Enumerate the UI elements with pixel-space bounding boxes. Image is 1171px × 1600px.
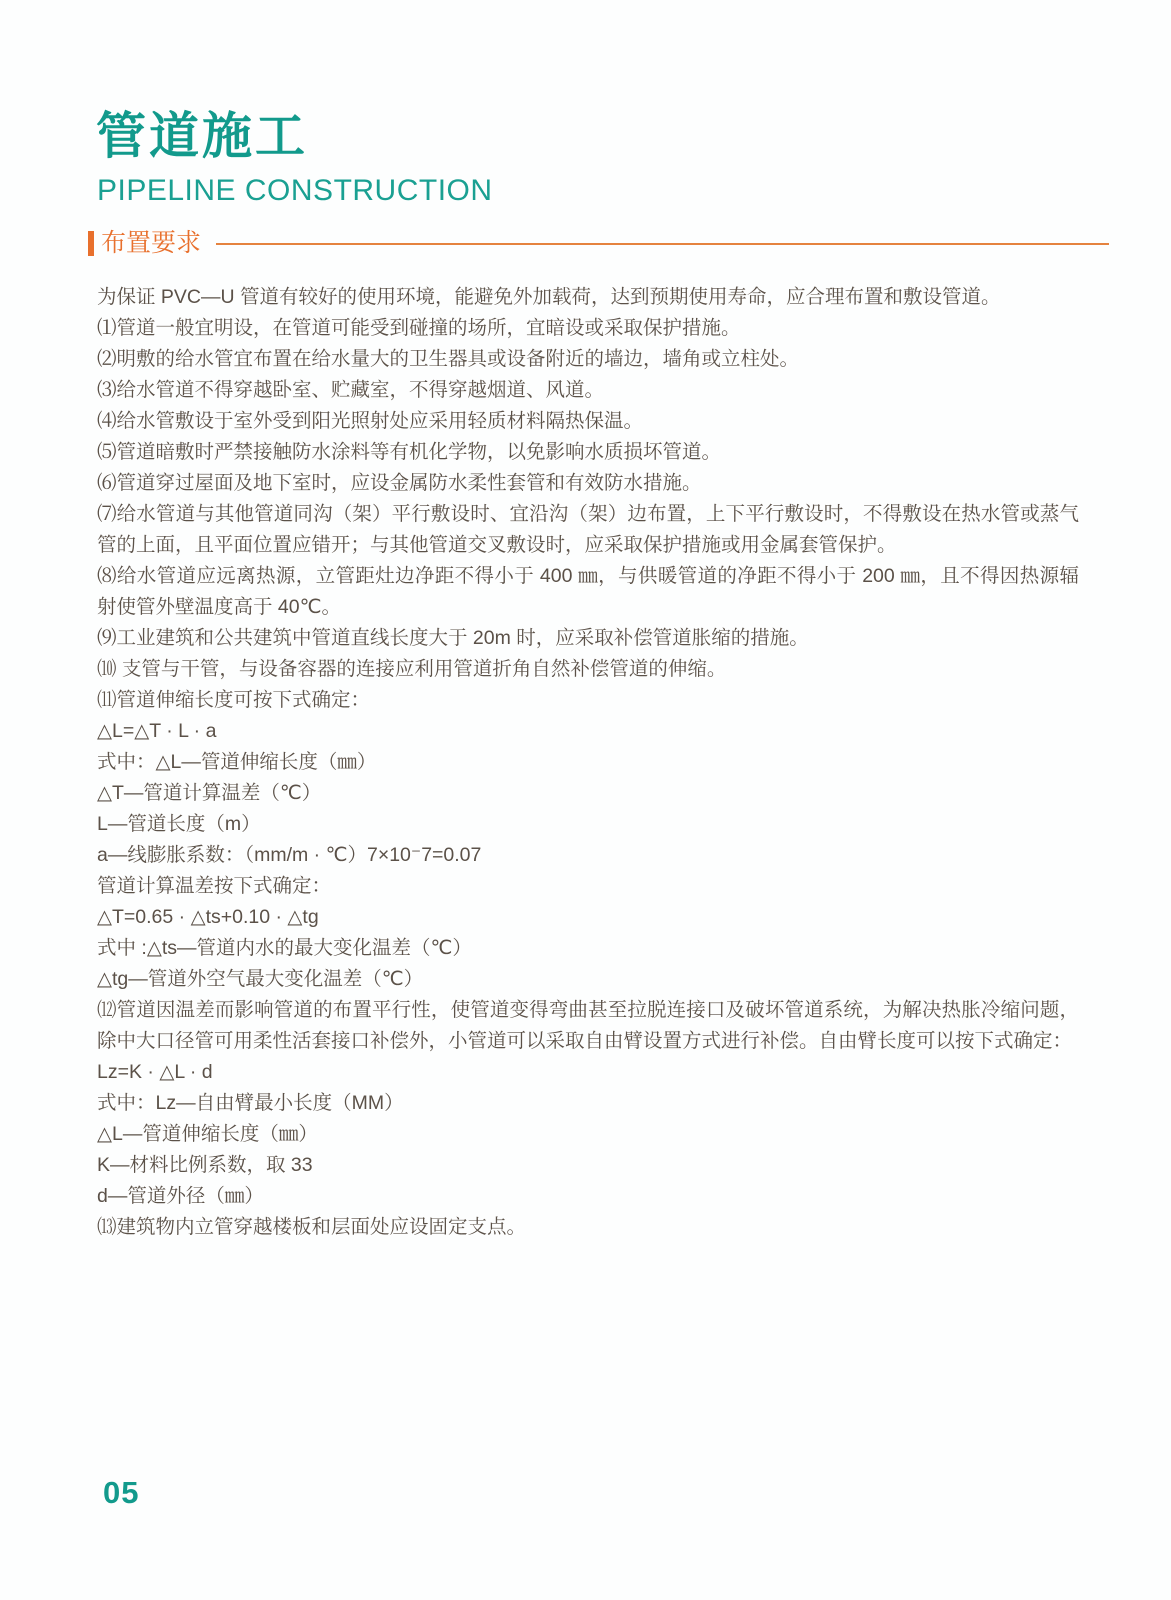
body-paragraph: d—管道外径（㎜） <box>97 1181 1079 1212</box>
body-paragraph: a—线膨胀系数：（mm/m · ℃）7×10⁻7=0.07 <box>97 840 1079 871</box>
body-paragraph: Lz=K · △L · d <box>97 1057 1079 1088</box>
document-page: 管道施工 PIPELINE CONSTRUCTION 布置要求 为保证 PVC—… <box>0 0 1171 1600</box>
page-title: 管道施工 <box>96 106 308 166</box>
body-paragraph: △tg—管道外空气最大变化温差（℃） <box>97 964 1079 995</box>
page-number: 05 <box>103 1475 139 1511</box>
body-paragraph: △T=0.65 · △ts+0.10 · △tg <box>97 902 1079 933</box>
body-paragraph: 式中：△L—管道伸缩长度（㎜） <box>97 747 1079 778</box>
body-paragraph: △L=△T · L · a <box>97 716 1079 747</box>
body-paragraph: ⑵明敷的给水管宜布置在给水量大的卫生器具或设备附近的墙边，墙角或立柱处。 <box>97 344 1079 375</box>
body-paragraph: ⑹管道穿过屋面及地下室时，应设金属防水柔性套管和有效防水措施。 <box>97 468 1079 499</box>
body-text: 为保证 PVC—U 管道有较好的使用环境，能避免外加载荷，达到预期使用寿命，应合… <box>97 282 1079 1243</box>
section-heading-bar-icon <box>88 231 94 256</box>
body-paragraph: ⑿管道因温差而影响管道的布置平行性，使管道变得弯曲甚至拉脱连接口及破坏管道系统，… <box>97 995 1079 1057</box>
section-heading-rule <box>216 243 1109 245</box>
body-paragraph: △T—管道计算温差（℃） <box>97 778 1079 809</box>
body-paragraph: 式中：Lz—自由臂最小长度（MM） <box>97 1088 1079 1119</box>
body-paragraph: 为保证 PVC—U 管道有较好的使用环境，能避免外加载荷，达到预期使用寿命，应合… <box>97 282 1079 313</box>
body-paragraph: △L—管道伸缩长度（㎜） <box>97 1119 1079 1150</box>
body-paragraph: 式中 :△ts—管道内水的最大变化温差（℃） <box>97 933 1079 964</box>
body-paragraph: K—材料比例系数，取 33 <box>97 1150 1079 1181</box>
body-paragraph: ⑽ 支管与干管，与设备容器的连接应利用管道折角自然补偿管道的伸缩。 <box>97 654 1079 685</box>
body-paragraph: ⒀建筑物内立管穿越楼板和层面处应设固定支点。 <box>97 1212 1079 1243</box>
body-paragraph: ⑶给水管道不得穿越卧室、贮藏室，不得穿越烟道、风道。 <box>97 375 1079 406</box>
section-heading-label: 布置要求 <box>101 231 201 256</box>
body-paragraph: ⑼工业建筑和公共建筑中管道直线长度大于 20m 时，应采取补偿管道胀缩的措施。 <box>97 623 1079 654</box>
body-paragraph: ⑾管道伸缩长度可按下式确定： <box>97 685 1079 716</box>
body-paragraph: ⑷给水管敷设于室外受到阳光照射处应采用轻质材料隔热保温。 <box>97 406 1079 437</box>
body-paragraph: 管道计算温差按下式确定： <box>97 871 1079 902</box>
body-paragraph: ⑺给水管道与其他管道同沟（架）平行敷设时、宜沿沟（架）边布置，上下平行敷设时，不… <box>97 499 1079 561</box>
body-paragraph: ⑸管道暗敷时严禁接触防水涂料等有机化学物，以免影响水质损坏管道。 <box>97 437 1079 468</box>
page-subtitle: PIPELINE CONSTRUCTION <box>97 174 493 207</box>
body-paragraph: L—管道长度（m） <box>97 809 1079 840</box>
body-paragraph: ⑴管道一般宜明设，在管道可能受到碰撞的场所，宜暗设或采取保护措施。 <box>97 313 1079 344</box>
section-heading: 布置要求 <box>88 231 1109 256</box>
body-paragraph: ⑻给水管道应远离热源，立管距灶边净距不得小于 400 ㎜，与供暖管道的净距不得小… <box>97 561 1079 623</box>
